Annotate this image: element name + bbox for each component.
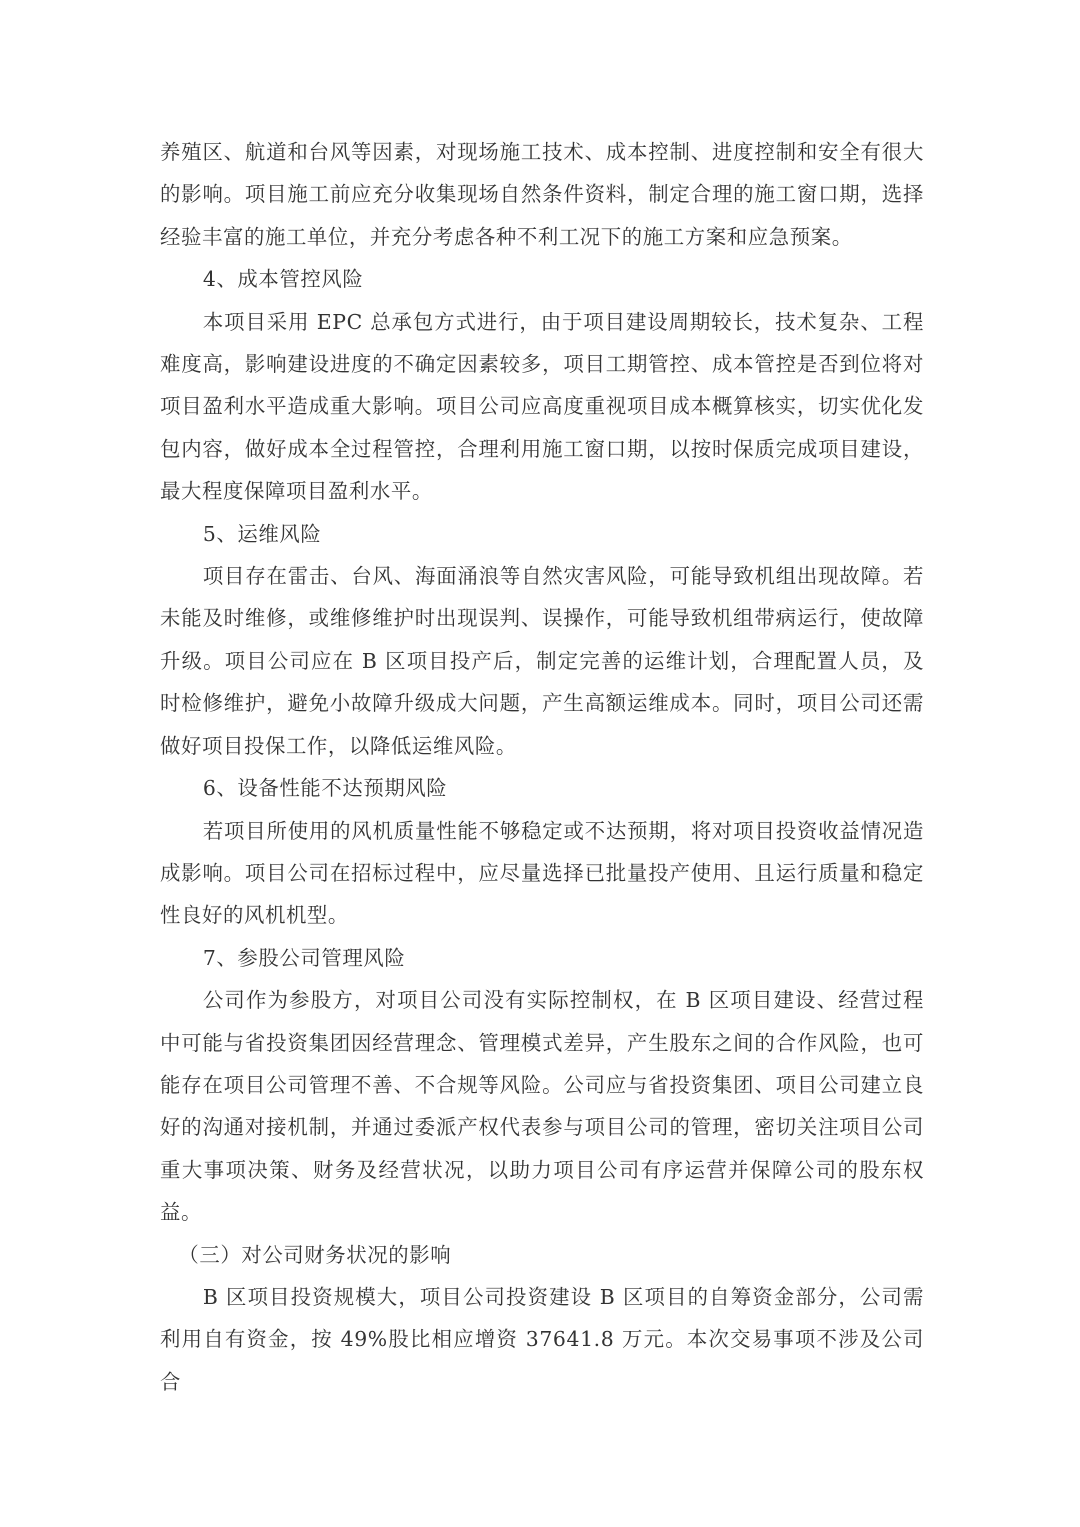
- paragraph-continuation: 养殖区、航道和台风等因素，对现场施工技术、成本控制、进度控制和安全有很大的影响。…: [160, 131, 924, 258]
- paragraph-cost-control-risk: 本项目采用 EPC 总承包方式进行，由于项目建设周期较长，技术复杂、工程难度高，…: [160, 301, 924, 513]
- section-heading-cost-control-risk: 4、成本管控风险: [160, 258, 924, 300]
- section-heading-financial-impact: （三）对公司财务状况的影响: [160, 1234, 924, 1276]
- section-heading-equipment-performance-risk: 6、设备性能不达预期风险: [160, 767, 924, 809]
- paragraph-equity-company-management-risk: 公司作为参股方，对项目公司没有实际控制权，在 B 区项目建设、经营过程中可能与省…: [160, 979, 924, 1233]
- section-heading-operation-risk: 5、运维风险: [160, 513, 924, 555]
- paragraph-equipment-performance-risk: 若项目所使用的风机质量性能不够稳定或不达预期，将对项目投资收益情况造成影响。项目…: [160, 810, 924, 937]
- paragraph-operation-risk: 项目存在雷击、台风、海面涌浪等自然灾害风险，可能导致机组出现故障。若未能及时维修…: [160, 555, 924, 767]
- paragraph-financial-impact: B 区项目投资规模大，项目公司投资建设 B 区项目的自筹资金部分，公司需利用自有…: [160, 1276, 924, 1403]
- section-heading-equity-company-management-risk: 7、参股公司管理风险: [160, 937, 924, 979]
- document-page: 养殖区、航道和台风等因素，对现场施工技术、成本控制、进度控制和安全有很大的影响。…: [160, 131, 924, 1403]
